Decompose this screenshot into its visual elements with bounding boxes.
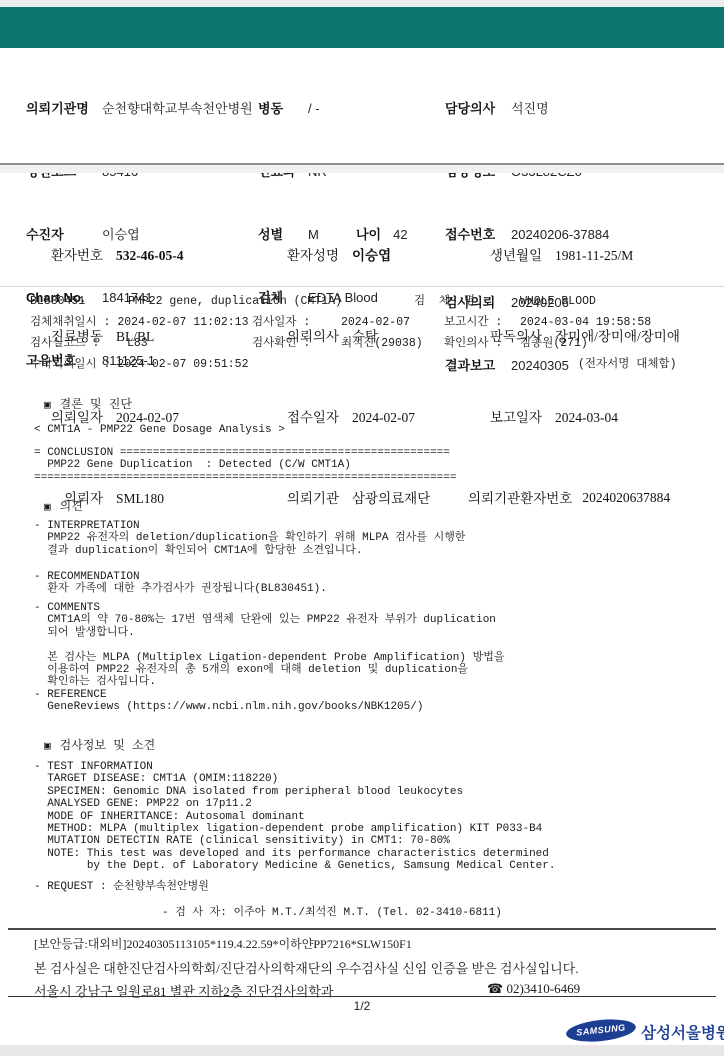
lab-code-label: 검사실코드 :: [30, 338, 99, 350]
lab-address: 서울시 강남구 일원로81 별관 지하2층 진단검사의학과: [34, 981, 333, 1000]
hospital-name: 삼성서울병원: [641, 1021, 724, 1043]
field-label: 환자번호: [45, 242, 103, 269]
field-value: / -: [308, 101, 320, 116]
field-row: 접수일자2024-02-07: [283, 404, 483, 431]
field-row: 환자번호532-46-05-4: [45, 242, 275, 269]
confirm-doctor-label: 확인의사 :: [444, 338, 502, 350]
reference-block: - REFERENCE GeneReviews (https://www.ncb…: [34, 689, 706, 714]
field-row: 환자성명이승엽: [283, 242, 483, 269]
field-label: 환자성명: [283, 242, 339, 269]
field-row: 생년월일1981-11-25/M: [470, 242, 720, 269]
test-name: PMP22 gene, duplication (CMT1A): [128, 296, 342, 308]
field-label: 병동: [258, 98, 308, 119]
section-heading-conclusion: ▣결론 및 진단: [44, 399, 132, 412]
specimen-name-value: WHOLE BLOOD: [520, 296, 596, 308]
test-information-block: - TEST INFORMATION TARGET DISEASE: CMT1A…: [34, 761, 706, 873]
specimen-name-label: 검 체 명: [414, 296, 475, 308]
specimen-code: BL830451: [30, 296, 85, 308]
field-value: 2024-02-07: [352, 410, 415, 425]
verify-value: 최석진(29038): [341, 338, 423, 350]
field-value: SML180: [116, 491, 164, 506]
request-line: - REQUEST : 순천향부속천안병원: [34, 881, 209, 893]
section-marker-icon: ▣: [44, 502, 51, 514]
page-divider-line: [8, 996, 716, 997]
report-time-value: 2024-03-04 19:58:58: [520, 317, 651, 329]
field-label: 의뢰기관명: [26, 98, 102, 119]
field-value: 2024020637884: [582, 485, 678, 505]
verify-label: 검사확인 :: [252, 338, 310, 350]
field-value: 삼광의료재단: [352, 491, 430, 506]
test-date-value: 2024-02-07: [341, 317, 410, 329]
analysis-subtitle: < CMT1A - PMP22 Gene Dosage Analysis >: [34, 424, 285, 436]
footer-divider-line: [8, 928, 716, 930]
report-title-bar: PMP22 gene, duplication (CMT1A) 검사결과보고서: [0, 7, 724, 48]
field-value: 석진명: [511, 101, 549, 116]
field-value: 1981-11-25/M: [555, 248, 633, 263]
section-heading-text: 의견: [60, 500, 83, 514]
comments-block: - COMMENTS CMT1A의 약 70-80%는 17번 염색체 단완에 …: [34, 602, 706, 689]
field-label: 접수일자: [283, 404, 339, 431]
section-heading-text: 검사정보 및 소견: [60, 739, 156, 753]
top-margin-strip: [0, 0, 724, 7]
field-label: 보고일자: [470, 404, 542, 431]
page-number: 1/2: [0, 999, 724, 1013]
field-value: 순천향대학교부속천안병원: [102, 101, 253, 116]
header-divider-band: [0, 165, 724, 173]
section-marker-icon: ▣: [44, 741, 51, 753]
referral-datetime: 수탁의뢰일시 : 2024-02-07 09:51:52: [30, 359, 248, 371]
report-page: PMP22 gene, duplication (CMT1A) 검사결과보고서 …: [0, 0, 724, 1056]
field-row: 의뢰기관명순천향대학교부속천안병원: [26, 98, 260, 119]
confirm-doctor-value: 김종원(271): [520, 338, 588, 350]
field-label: 의뢰기관환자번호: [468, 485, 572, 512]
field-row: 의뢰기관환자번호2024020637884: [470, 485, 720, 512]
conclusion-block: = CONCLUSION ===========================…: [34, 447, 706, 484]
lab-code-value: L83: [127, 338, 148, 350]
section-heading-opinion: ▣의견: [44, 501, 83, 514]
patient-column-3: 생년월일1981-11-25/M 판독의사장미애/장미애/장미애 보고일자202…: [470, 188, 720, 566]
field-row: 보고일자2024-03-04: [470, 404, 720, 431]
field-row: 의뢰기관삼광의료재단: [283, 485, 483, 512]
section-marker-icon: ▣: [44, 400, 51, 412]
test-date-label: 검사일자 :: [252, 317, 310, 329]
certification-statement: 본 검사실은 대한진단검사의학회/진단검사의학재단의 우수검사실 신임 인증을 …: [34, 958, 579, 977]
field-row: 담당의사석진명: [445, 98, 720, 119]
examiner-line: - 검 사 자: 이주아 M.T./최석진 M.T. (Tel. 02-3410…: [162, 907, 502, 919]
security-classification: [보안등급:대외비]20240305113105*119.4.22.59*이하얀…: [34, 935, 412, 952]
samsung-logo-icon: SAMSUNG: [565, 1016, 637, 1044]
field-row: 병동/ -: [258, 98, 443, 119]
field-label: 생년월일: [470, 242, 542, 269]
patient-id: 532-46-05-4: [116, 248, 184, 263]
patient-name: 이승엽: [352, 248, 391, 263]
section-heading-test-info: ▣검사정보 및 소견: [44, 740, 155, 753]
interpretation-block: - INTERPRETATION PMP22 유전자의 deletion/dup…: [34, 520, 706, 557]
phone-icon: ☎: [487, 981, 503, 996]
field-label: 의뢰기관: [283, 485, 339, 512]
collected-datetime: 검체채취일시 : 2024-02-07 11:02:13: [30, 317, 248, 329]
recommendation-block: - RECOMMENDATION 환자 가족에 대한 추가검사가 권장됩니다(B…: [34, 571, 706, 596]
field-label: 담당의사: [445, 98, 511, 119]
report-time-label: 보고시간 :: [444, 317, 502, 329]
phone-number: 02)3410-6469: [506, 981, 580, 996]
field-value: 2024-03-04: [555, 410, 618, 425]
bottom-margin-strip: [0, 1045, 724, 1056]
section-heading-text: 결론 및 진단: [60, 398, 132, 412]
lab-phone: ☎ 02)3410-6469: [487, 981, 580, 997]
specimen-divider-line: [0, 286, 724, 287]
patient-column-2: 환자성명이승엽 의뢰의사수탁 접수일자2024-02-07 의뢰기관삼광의료재단: [283, 188, 483, 566]
esign-note: (전자서명 대체함): [578, 359, 676, 371]
